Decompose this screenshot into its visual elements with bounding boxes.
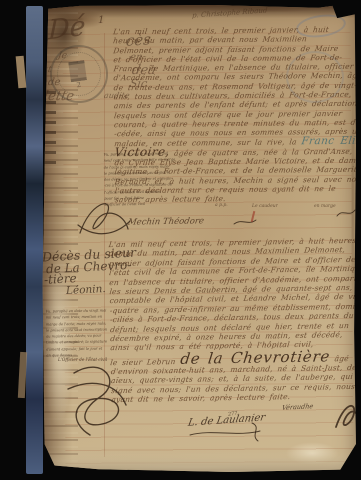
line-text: âgé xyxy=(334,354,349,363)
signature-flourish xyxy=(330,397,361,435)
stamp-value: 2 xyxy=(76,81,82,90)
act2-body-text: L'an mil neuf cent trois, le premier jan… xyxy=(109,236,358,405)
act2-marginal-note: Vu, paraphé en date du vingt maimil neuf… xyxy=(46,307,108,358)
marginal-note-lines: Vu, paraphé en date du vingt maimil neuf… xyxy=(46,307,108,358)
act2-lines: L'an mil neuf cent trois, le premier jan… xyxy=(109,236,357,353)
paper-chip xyxy=(16,56,27,89)
register-scan: p. Christophe Ribaud 1 Dé cès Je en dea … xyxy=(0,0,361,480)
paraph-signature xyxy=(60,361,132,437)
register-page: p. Christophe Ribaud 1 Dé cès Je en dea … xyxy=(42,5,356,472)
signature-flourish xyxy=(248,419,266,443)
signature-flourish xyxy=(335,206,357,220)
act1-margin-title: Dé xyxy=(48,11,86,47)
act2-margin-title: Léonin. xyxy=(66,283,106,297)
witness-label: en marge xyxy=(314,204,336,209)
act2-lines-end: d'environ soixante-huit ans, marchand, n… xyxy=(111,363,358,405)
page-bottom-wear xyxy=(42,450,356,472)
book-spine xyxy=(26,6,43,474)
act1-number: 1 xyxy=(98,15,104,26)
act1-lines: L'an mil neuf cent trois, le premier jan… xyxy=(113,25,356,139)
margin-label: a p.p. xyxy=(215,203,228,208)
paraph-signature xyxy=(72,195,136,241)
signature-flourish xyxy=(232,216,258,228)
inter-act-annotation: Mechin Théodore xyxy=(127,216,205,227)
witness-label: Le caudeur xyxy=(252,204,278,209)
signature: Véraudhe xyxy=(281,402,314,412)
stamp-crest xyxy=(68,60,87,82)
